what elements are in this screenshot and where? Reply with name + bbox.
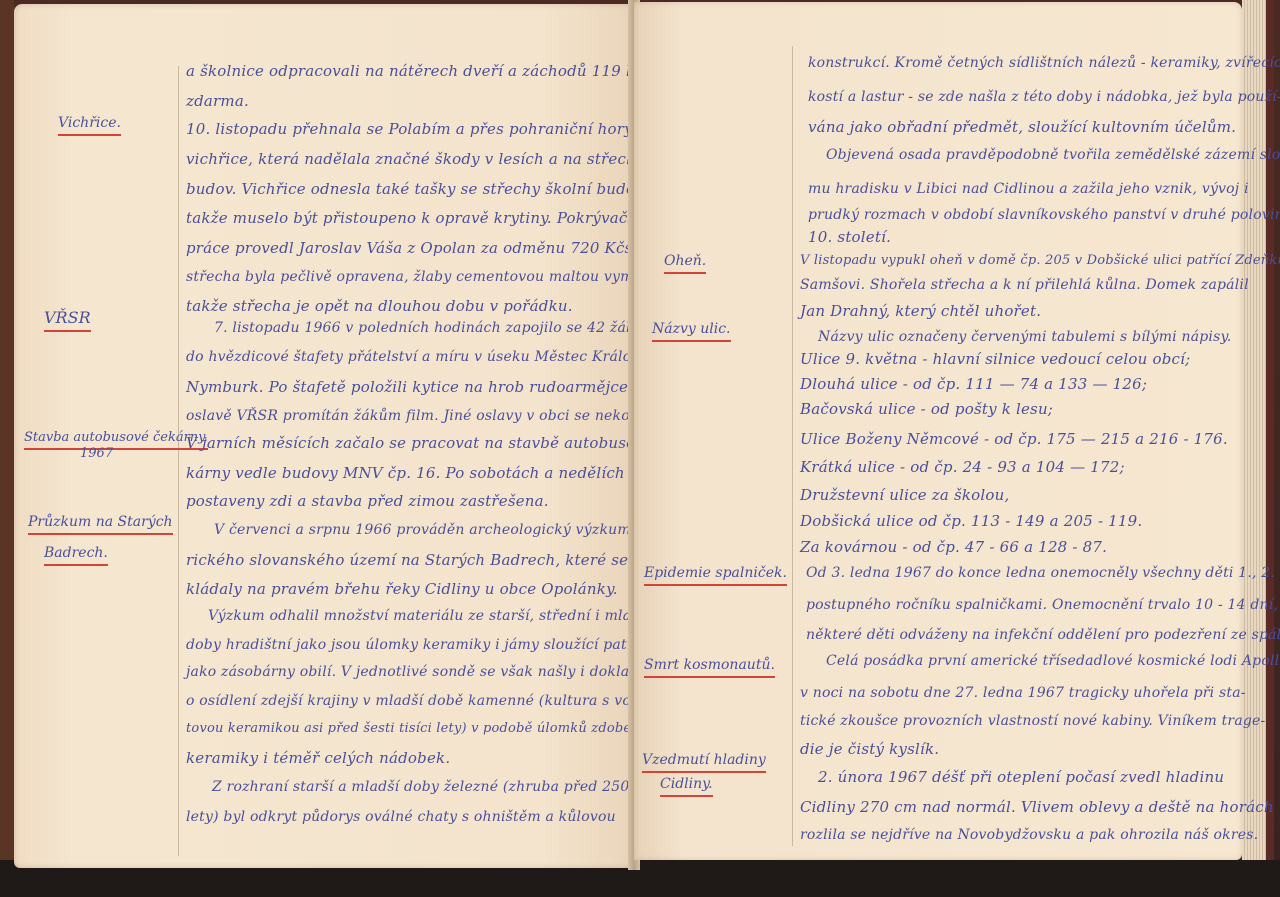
text-line: doby hradištní jako jsou úlomky keramiky… bbox=[186, 638, 651, 652]
text-line: Od 3. ledna 1967 do konce ledna onemocně… bbox=[806, 566, 1280, 580]
text-line: vána jako obřadní předmět, sloužící kult… bbox=[808, 120, 1236, 135]
margin-note-ohen: Oheň. bbox=[664, 254, 706, 274]
text-line: V červenci a srpnu 1966 prováděn archeol… bbox=[214, 523, 676, 537]
text-line: a školnice odpracovali na nátěrech dveří… bbox=[186, 64, 670, 79]
text-line: konstrukcí. Kromě četných sídlištních ná… bbox=[808, 56, 1280, 70]
text-line: Nymburk. Po štafetě položili kytice na h… bbox=[186, 380, 661, 395]
text-line: oslavě VŘSR promítán žákům film. Jiné os… bbox=[186, 409, 663, 423]
text-line: střecha byla pečlivě opravena, žlaby cem… bbox=[186, 270, 678, 284]
text-line: vichřice, která nadělala značné škody v … bbox=[186, 152, 664, 167]
margin-note-stavba-cekarny: Stavba autobusové čekárny. bbox=[24, 431, 208, 450]
text-line: postupného ročníku spalničkami. Onemocně… bbox=[806, 598, 1278, 612]
text-line: Krátká ulice - od čp. 24 - 93 a 104 — 17… bbox=[800, 460, 1125, 475]
text-line: tovou keramikou asi před šesti tisíci le… bbox=[186, 722, 648, 735]
text-line: V jarních měsících začalo se pracovat na… bbox=[186, 436, 681, 451]
text-line: Ulice 9. května - hlavní silnice vedoucí… bbox=[800, 352, 1190, 367]
text-line: prudký rozmach v období slavníkovského p… bbox=[808, 208, 1280, 222]
text-line: Názvy ulic označeny červenými tabulemi s… bbox=[818, 330, 1231, 344]
text-line: mu hradisku v Libici nad Cidlinou a zaži… bbox=[808, 182, 1249, 196]
text-line: V listopadu vypukl oheň v domě čp. 205 v… bbox=[800, 254, 1280, 267]
text-line: 10. století. bbox=[808, 230, 891, 245]
text-line: Dlouhá ulice - od čp. 111 — 74 a 133 — 1… bbox=[800, 377, 1147, 392]
text-line: kostí a lastur - se zde našla z této dob… bbox=[808, 90, 1280, 104]
text-line: 7. listopadu 1966 v poledních hodinách z… bbox=[214, 321, 686, 335]
margin-note-epidemie: Epidemie spalniček. bbox=[644, 566, 787, 586]
text-line: takže střecha je opět na dlouhou dobu v … bbox=[186, 299, 573, 314]
text-line: 2. února 1967 déšť při oteplení počasí z… bbox=[818, 770, 1224, 785]
text-line: postaveny zdi a stavba před zimou zastře… bbox=[186, 494, 549, 509]
text-line: Celá posádka první americké třísedadlové… bbox=[826, 654, 1280, 668]
text-line: Družstevní ulice za školou, bbox=[800, 488, 1009, 503]
text-line: zdarma. bbox=[186, 94, 249, 109]
margin-note-year-1967: 1967 bbox=[80, 447, 113, 464]
text-line: Z rozhraní starší a mladší doby železné … bbox=[212, 780, 639, 794]
text-line: Objevená osada pravděpodobně tvořila zem… bbox=[826, 148, 1280, 162]
left-margin-rule bbox=[178, 66, 179, 856]
text-line: o osídlení zdejší krajiny v mladší době … bbox=[186, 694, 650, 708]
text-line: Za kovárnou - od čp. 47 - 66 a 128 - 87. bbox=[800, 540, 1107, 555]
text-line: 10. listopadu přehnala se Polabím a přes… bbox=[186, 122, 675, 137]
text-line: budov. Vichřice odnesla také tašky se st… bbox=[186, 182, 656, 197]
text-line: tické zkoušce provozních vlastností nové… bbox=[800, 714, 1265, 728]
margin-note-vrsr: VŘSR bbox=[44, 310, 91, 332]
margin-note-pruzkum: Průzkum na Starých bbox=[28, 515, 173, 535]
text-line: do hvězdicové štafety přátelství a míru … bbox=[186, 350, 653, 364]
text-line: lety) byl odkryt půdorys oválné chaty s … bbox=[186, 810, 616, 824]
page-block-edges bbox=[1242, 0, 1274, 860]
text-line: takže muselo být přistoupeno k opravě kr… bbox=[186, 211, 654, 226]
margin-note-vichrice: Vichřice. bbox=[58, 116, 121, 136]
text-line: rozlila se nejdříve na Novobydžovsku a p… bbox=[800, 828, 1258, 842]
text-line: Samšovi. Shořela střecha a k ní přilehlá… bbox=[800, 278, 1249, 292]
margin-note-vzedmuti: Vzedmutí hladiny bbox=[642, 753, 766, 773]
text-line: Bačovská ulice - od pošty k lesu; bbox=[800, 402, 1053, 417]
text-line: Dobšická ulice od čp. 113 - 149 a 205 - … bbox=[800, 514, 1142, 529]
text-line: práce provedl Jaroslav Váša z Opolan za … bbox=[186, 241, 677, 256]
text-line: Výzkum odhalil množství materiálu ze sta… bbox=[208, 609, 653, 623]
text-line: v noci na sobotu dne 27. ledna 1967 trag… bbox=[800, 686, 1246, 700]
margin-note-smrt-kosmonautu: Smrt kosmonautů. bbox=[644, 658, 775, 678]
text-line: die je čistý kyslík. bbox=[800, 742, 939, 757]
margin-note-cidliny: Cidliny. bbox=[660, 777, 713, 797]
right-margin-rule bbox=[792, 46, 793, 846]
text-line: Cidliny 270 cm nad normál. Vlivem oblevy… bbox=[800, 800, 1274, 815]
text-line: Ulice Boženy Němcové - od čp. 175 — 215 … bbox=[800, 432, 1228, 447]
text-line: kládaly na pravém břehu řeky Cidliny u o… bbox=[186, 582, 618, 597]
margin-note-badrech: Badrech. bbox=[44, 546, 108, 566]
margin-note-nazvy-ulic: Názvy ulic. bbox=[652, 322, 731, 342]
text-line: rického slovanského území na Starých Bad… bbox=[186, 553, 663, 568]
text-line: jako zásobárny obilí. V jednotlivé sondě… bbox=[186, 665, 647, 679]
text-line: Jan Drahný, který chtěl uhořet. bbox=[800, 304, 1041, 319]
cover-spine-edge bbox=[0, 0, 14, 880]
text-line: některé děti odváženy na infekční odděle… bbox=[806, 628, 1280, 642]
text-line: keramiky i téměř celých nádobek. bbox=[186, 751, 450, 766]
